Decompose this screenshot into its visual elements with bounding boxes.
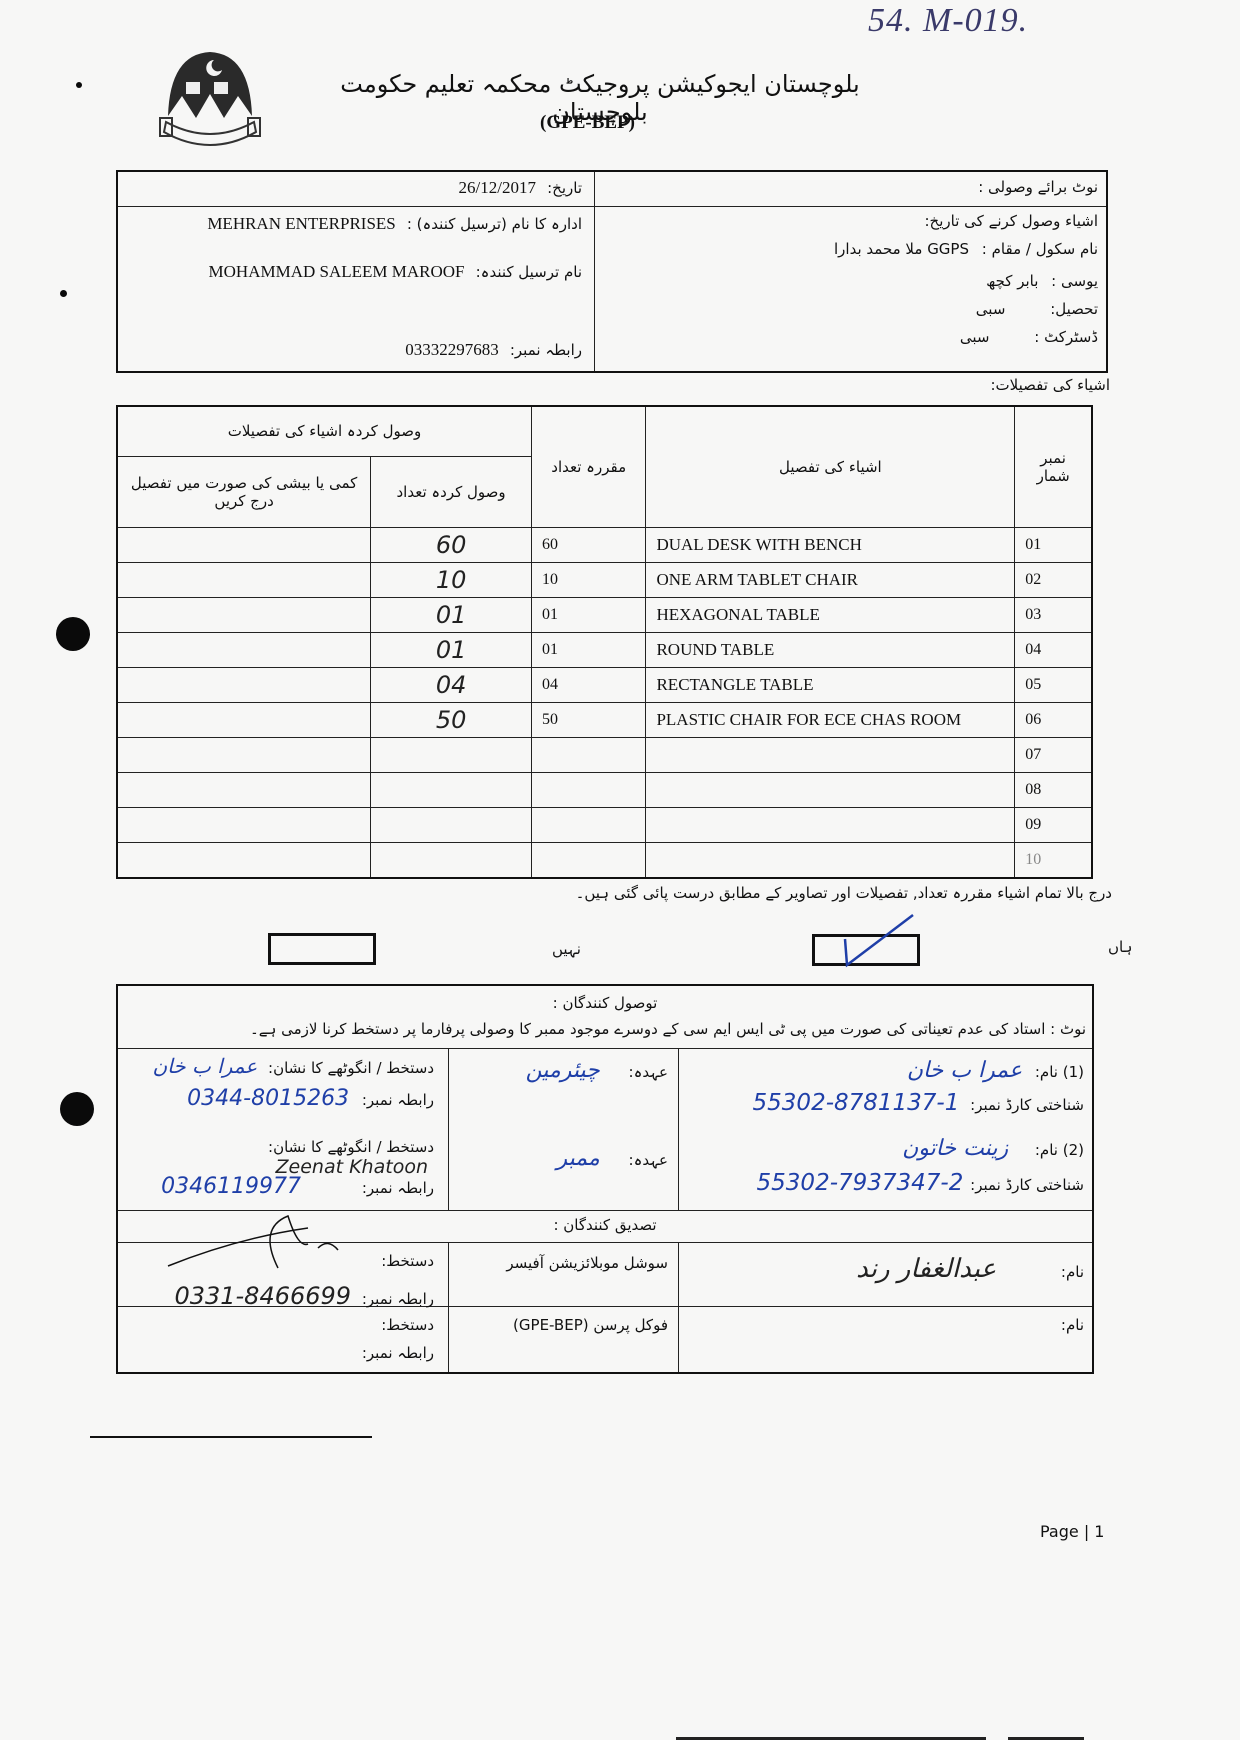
sr-cell: 08	[1015, 772, 1092, 807]
verifier-1-contact: 0331-8466699	[174, 1282, 351, 1310]
received-qty-cell[interactable]: 50	[371, 702, 532, 737]
received-qty-cell[interactable]	[371, 772, 532, 807]
info-box: نوٹ برائے وصولی : اشیاء وصول کرنے کی تار…	[116, 170, 1108, 373]
description-cell: PLASTIC CHAIR FOR ECE CHAS ROOM	[646, 702, 1015, 737]
name-label: نام:	[1035, 1063, 1058, 1081]
verifier-2-signature-label: دستخط:	[381, 1316, 434, 1334]
sender-label: نام ترسیل کنندہ:	[476, 263, 582, 281]
receiver-1-contact: 0344-8015263	[187, 1086, 349, 1111]
receiver-1-name: عمرا ب خان	[907, 1058, 1022, 1083]
fixed-qty-cell	[531, 772, 646, 807]
items-table: وصول کردہ اشیاء کی تفصیلات مقررہ تعداد ا…	[116, 405, 1093, 879]
tehsil-label: تحصیل:	[1050, 300, 1098, 318]
sender-row: نام ترسیل کنندہ: MOHAMMAD SALEEM MAROOF	[209, 262, 582, 282]
cnic-label: شناختی کارڈ نمبر:	[970, 1176, 1084, 1194]
receivers-note: نوٹ : استاد کی عدم تعیناتی کی صورت میں پ…	[250, 1020, 1086, 1038]
yes-label: ہاں	[1108, 938, 1132, 956]
table-row: 01 01 ROUND TABLE 04	[117, 632, 1092, 667]
description-cell: ONE ARM TABLET CHAIR	[646, 562, 1015, 597]
fixed-qty-cell: 10	[531, 562, 646, 597]
no-checkbox[interactable]	[268, 933, 376, 965]
receiver-2-designation-row: عہدہ: ممبر	[556, 1146, 668, 1171]
verifier-2-contact-label: رابطہ نمبر:	[362, 1344, 434, 1362]
receivers-box: توصول کنندگان : نوٹ : استاد کی عدم تعینا…	[116, 984, 1094, 1374]
school-row: نام سکول / مقام : GGPS ملا محمد بدارا	[834, 240, 1098, 258]
note-label: نوٹ برائے وصولی :	[978, 178, 1098, 196]
description-cell	[646, 772, 1015, 807]
uc-label: یوسی :	[1051, 272, 1098, 290]
receiver-1-designation: چیئرمین	[526, 1058, 600, 1083]
receiver-index: (2)	[1063, 1141, 1084, 1159]
contact-row: رابطہ نمبر: 03332297683	[405, 340, 582, 360]
remark-cell[interactable]	[117, 702, 371, 737]
remark-cell[interactable]	[117, 562, 371, 597]
remark-cell[interactable]	[117, 597, 371, 632]
verifier-1-name-row: نام: عبدالغفار رند	[856, 1254, 1084, 1284]
description-cell	[646, 842, 1015, 878]
receiver-1-name-row: (1) نام: عمرا ب خان	[907, 1058, 1084, 1083]
margin-speck	[76, 82, 82, 88]
cnic-label: شناختی کارڈ نمبر:	[970, 1096, 1084, 1114]
sr-cell: 10	[1015, 842, 1092, 878]
sender-value: MOHAMMAD SALEEM MAROOF	[209, 262, 465, 281]
table-row: 07	[117, 737, 1092, 772]
fixed-qty-cell	[531, 807, 646, 842]
org-label: ادارہ کا نام (ترسیل کنندہ) :	[407, 215, 582, 233]
sr-cell: 01	[1015, 527, 1092, 562]
name-label: نام:	[1061, 1316, 1084, 1334]
sr-cell: 07	[1015, 737, 1092, 772]
school-label: نام سکول / مقام :	[982, 240, 1098, 258]
header-description: اشیاء کی تفصیل	[646, 406, 1015, 527]
verifier-1-contact-row: رابطہ نمبر: 0331-8466699	[174, 1282, 434, 1310]
receiver-2-contact-row: رابطہ نمبر: 0346119977	[161, 1174, 434, 1199]
receiver-2-name: زینت خاتون	[902, 1136, 1008, 1161]
remark-cell[interactable]	[117, 842, 371, 878]
fixed-qty-cell	[531, 842, 646, 878]
items-section-label: اشیاء کی تفصیلات:	[991, 376, 1111, 394]
tehsil-value: سبی	[976, 300, 1006, 318]
verifier-1-name: عبدالغفار رند	[856, 1254, 996, 1284]
verifier-2-designation: فوکل پرسن (GPE-BEP)	[513, 1316, 668, 1334]
receiver-1-contact-row: رابطہ نمبر: 0344-8015263	[187, 1086, 434, 1111]
verifier-2-name-row: نام:	[1061, 1316, 1084, 1334]
receiver-2-signature-row: دستخط / انگوٹھے کا نشان: Zeenat Khatoon	[118, 1138, 434, 1178]
footnote-separator	[90, 1436, 372, 1438]
checkmark-icon	[815, 909, 917, 969]
sr-cell: 04	[1015, 632, 1092, 667]
school-value: GGPS ملا محمد بدارا	[834, 240, 969, 258]
uc-value: بابر کچھ	[986, 272, 1038, 290]
org-value: MEHRAN ENTERPRISES	[207, 214, 395, 233]
reference-number-handwritten: 54. M-019.	[868, 2, 1028, 40]
fixed-qty-cell: 01	[531, 632, 646, 667]
receiver-1-cnic-row: شناختی کارڈ نمبر: 55302-8781137-1	[753, 1090, 1084, 1116]
fixed-qty-cell: 60	[531, 527, 646, 562]
verifier-1-signature-label: دستخط:	[381, 1252, 434, 1270]
name-label: نام:	[1035, 1141, 1058, 1159]
receiver-index: (1)	[1063, 1063, 1084, 1081]
table-row: 09	[117, 807, 1092, 842]
designation-label: عہدہ:	[629, 1063, 668, 1081]
date-value: 26/12/2017	[459, 178, 536, 197]
district-value: سبی	[960, 328, 990, 346]
sr-cell: 06	[1015, 702, 1092, 737]
description-cell	[646, 737, 1015, 772]
header-received-group: وصول کردہ اشیاء کی تفصیلات	[117, 406, 531, 456]
receivers-title: توصول کنندگان :	[118, 994, 1092, 1012]
received-qty-cell[interactable]	[371, 842, 532, 878]
fixed-qty-cell: 01	[531, 597, 646, 632]
contact-label: رابطہ نمبر:	[362, 1091, 434, 1109]
date-label: تاریخ:	[547, 179, 582, 197]
table-row: 60 60 DUAL DESK WITH BENCH 01	[117, 527, 1092, 562]
table-row: 50 50 PLASTIC CHAIR FOR ECE CHAS ROOM 06	[117, 702, 1092, 737]
verifier-1-designation: سوشل موبلائزیشن آفیسر	[506, 1254, 668, 1272]
binder-hole-mark	[56, 617, 90, 651]
header-sr-no: نمبر شمار	[1015, 406, 1092, 527]
page-title-english: (GPE-BEP)	[540, 112, 635, 134]
receive-date-label: اشیاء وصول کرنے کی تاریخ:	[924, 212, 1098, 230]
sr-cell: 02	[1015, 562, 1092, 597]
yes-checkbox[interactable]	[812, 934, 920, 966]
received-qty-cell[interactable]	[371, 737, 532, 772]
description-cell: ROUND TABLE	[646, 632, 1015, 667]
sr-cell: 09	[1015, 807, 1092, 842]
uc-row: یوسی : بابر کچھ	[986, 272, 1098, 290]
description-cell: DUAL DESK WITH BENCH	[646, 527, 1015, 562]
description-cell	[646, 807, 1015, 842]
received-qty-cell[interactable]: 04	[371, 667, 532, 702]
remark-cell[interactable]	[117, 527, 371, 562]
received-qty-cell[interactable]: 01	[371, 597, 532, 632]
no-label: نہیں	[552, 940, 581, 958]
received-qty-cell[interactable]: 01	[371, 632, 532, 667]
contact-value: 03332297683	[405, 340, 499, 359]
contact-label: رابطہ نمبر:	[362, 1290, 434, 1308]
org-row: ادارہ کا نام (ترسیل کنندہ) : MEHRAN ENTE…	[207, 214, 582, 234]
header-fixed-qty: مقررہ تعداد	[531, 406, 646, 527]
header-received-qty: وصول کردہ تعداد	[371, 456, 532, 527]
sr-cell: 05	[1015, 667, 1092, 702]
receiver-2-cnic-row: شناختی کارڈ نمبر: 55302-7937347-2	[757, 1170, 1084, 1196]
receiver-1-cnic: 55302-8781137-1	[753, 1090, 960, 1116]
receiver-2-contact: 0346119977	[161, 1174, 301, 1199]
table-row: 01 01 HEXAGONAL TABLE 03	[117, 597, 1092, 632]
signature-label: دستخط / انگوٹھے کا نشان:	[268, 1138, 434, 1156]
district-row: ڈسٹرکٹ : سبی	[960, 328, 1098, 346]
margin-speck	[60, 290, 67, 297]
table-row: 04 04 RECTANGLE TABLE 05	[117, 667, 1092, 702]
received-qty-cell[interactable]: 10	[371, 562, 532, 597]
fixed-qty-cell: 04	[531, 667, 646, 702]
date-row: تاریخ: 26/12/2017	[459, 178, 582, 198]
remark-cell[interactable]	[117, 667, 371, 702]
district-label: ڈسٹرکٹ :	[1034, 328, 1098, 346]
fixed-qty-cell	[531, 737, 646, 772]
signature-label: دستخط / انگوٹھے کا نشان:	[268, 1059, 434, 1077]
designation-label: عہدہ:	[629, 1151, 668, 1169]
receiver-1-signature: عمرا ب خان	[152, 1054, 257, 1078]
signature-scribble-icon	[158, 1208, 378, 1278]
description-cell: RECTANGLE TABLE	[646, 667, 1015, 702]
receiver-2-designation: ممبر	[556, 1146, 599, 1171]
receiver-1-designation-row: عہدہ: چیئرمین	[526, 1058, 668, 1083]
receiver-2-cnic: 55302-7937347-2	[757, 1170, 964, 1196]
receiver-1-signature-row: دستخط / انگوٹھے کا نشان: عمرا ب خان	[152, 1054, 434, 1078]
table-row: 08	[117, 772, 1092, 807]
tehsil-row: تحصیل: سبی	[976, 300, 1098, 318]
header-shortage-note: کمی یا بیشی کی صورت میں تفصیل درج کریں	[117, 456, 371, 527]
confirmation-statement: درج بالا تمام اشیاء مقررہ تعداد, تفصیلات…	[576, 884, 1112, 902]
emblem-logo	[150, 46, 270, 156]
sr-cell: 03	[1015, 597, 1092, 632]
fixed-qty-cell: 50	[531, 702, 646, 737]
table-row: 10 10 ONE ARM TABLET CHAIR 02	[117, 562, 1092, 597]
contact-label: رابطہ نمبر:	[510, 341, 582, 359]
name-label: نام:	[1061, 1263, 1084, 1281]
description-cell: HEXAGONAL TABLE	[646, 597, 1015, 632]
binder-hole-mark	[60, 1092, 94, 1126]
remark-cell[interactable]	[117, 632, 371, 667]
received-qty-cell[interactable]: 60	[371, 527, 532, 562]
remark-cell[interactable]	[117, 737, 371, 772]
receiver-2-name-row: (2) نام: زینت خاتون	[902, 1136, 1084, 1161]
remark-cell[interactable]	[117, 807, 371, 842]
table-row: 10	[117, 842, 1092, 878]
received-qty-cell[interactable]	[371, 807, 532, 842]
remark-cell[interactable]	[117, 772, 371, 807]
contact-label: رابطہ نمبر:	[362, 1179, 434, 1197]
page-number: Page | 1	[1040, 1522, 1104, 1541]
